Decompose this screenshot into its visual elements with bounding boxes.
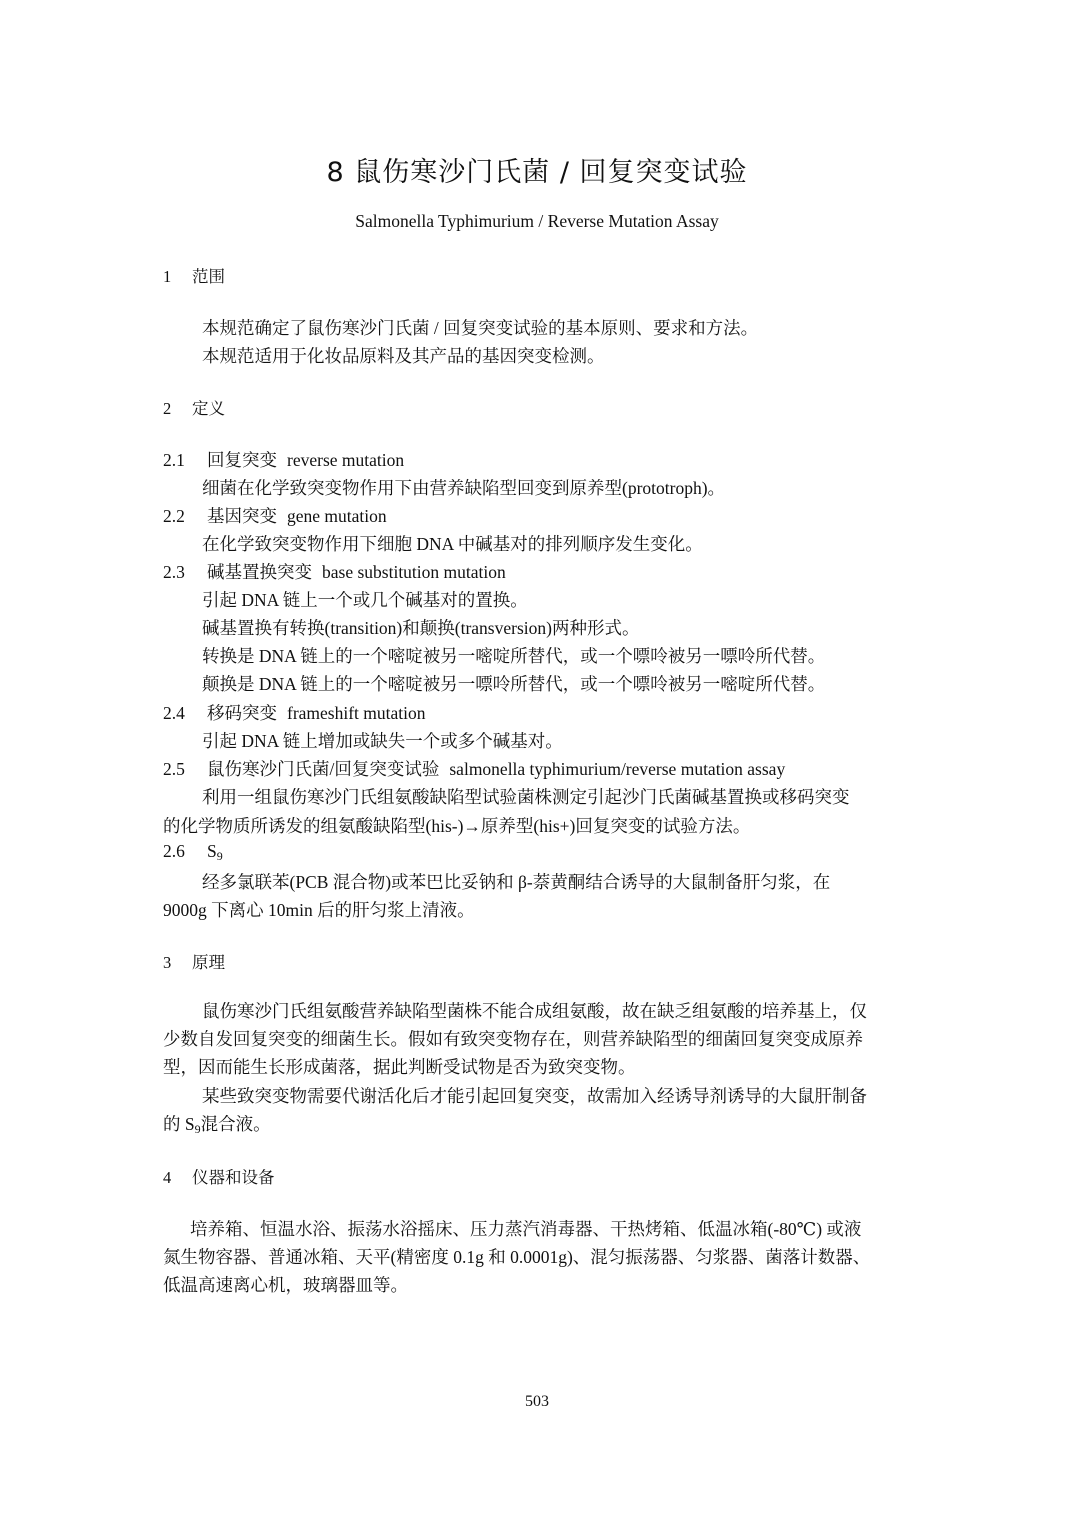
term-subscript: 9 <box>217 849 223 863</box>
paragraph-line: 的 S9混合液。 <box>163 1111 271 1136</box>
definition-number: 2.2 <box>163 506 207 527</box>
term-cn: 碱基置换突变 <box>207 562 312 582</box>
section-heading-principle: 3原理 <box>163 949 225 973</box>
definition-text: 碱基置换有转换(transition)和颠换(transversion)两种形式… <box>202 615 639 640</box>
term-main: S <box>207 841 217 861</box>
definition-text: 颠换是 DNA 链上的一个嘧啶被另一嘌呤所替代，或一个嘌呤被另一嘧啶所代替。 <box>202 671 825 696</box>
paragraph-line: 鼠伤寒沙门氏组氨酸营养缺陷型菌株不能合成组氨酸，故在缺乏组氨酸的培养基上，仅 <box>202 998 867 1023</box>
definition-term: 2.3碱基置换突变base substitution mutation <box>163 559 506 584</box>
term-en: gene mutation <box>287 506 387 526</box>
definition-text: 9000g 下离心 10min 后的肝匀浆上清液。 <box>163 897 475 922</box>
section-title: 原理 <box>192 953 225 972</box>
term-en: frameshift mutation <box>287 703 426 723</box>
definition-number: 2.4 <box>163 703 207 724</box>
section-number: 1 <box>163 267 192 287</box>
definition-number: 2.1 <box>163 450 207 471</box>
section-title: 定义 <box>192 399 225 418</box>
definition-term: 2.2基因突变gene mutation <box>163 503 387 528</box>
definition-term: 2.5鼠伤寒沙门氏菌/回复突变试验salmonella typhimurium/… <box>163 756 785 781</box>
definition-term: 2.1回复突变reverse mutation <box>163 447 404 472</box>
definition-number: 2.3 <box>163 562 207 583</box>
paragraph-line: 低温高速离心机，玻璃器皿等。 <box>163 1272 408 1297</box>
section-number: 2 <box>163 399 192 419</box>
term-en: reverse mutation <box>287 450 404 470</box>
section-heading-definitions: 2定义 <box>163 395 225 419</box>
definition-text: 经多氯联苯(PCB 混合物)或苯巴比妥钠和 β-萘黄酮结合诱导的大鼠制备肝匀浆，… <box>202 869 830 894</box>
definition-text: 的化学物质所诱发的组氨酸缺陷型(his-)→原养型(his+)回复突变的试验方法… <box>163 813 750 838</box>
paragraph: 本规范确定了鼠伤寒沙门氏菌 / 回复突变试验的基本原则、要求和方法。 <box>202 315 758 340</box>
definition-text: 转换是 DNA 链上的一个嘧啶被另一嘧啶所替代，或一个嘌呤被另一嘌呤所代替。 <box>202 643 825 668</box>
section-number: 4 <box>163 1168 192 1188</box>
definition-text: 引起 DNA 链上增加或缺失一个或多个碱基对。 <box>202 728 563 753</box>
paragraph-line: 某些致突变物需要代谢活化后才能引起回复突变，故需加入经诱导剂诱导的大鼠肝制备 <box>202 1083 867 1108</box>
term-en: salmonella typhimurium/reverse mutation … <box>449 759 785 779</box>
definition-text: 细菌在化学致突变物作用下由营养缺陷型回变到原养型(prototroph)。 <box>202 475 725 500</box>
definition-term: 2.6S9 <box>163 841 223 862</box>
term-cn: 基因突变 <box>207 506 277 526</box>
term-cn: 鼠伤寒沙门氏菌/回复突变试验 <box>207 759 439 779</box>
definition-text: 利用一组鼠伤寒沙门氏组氨酸缺陷型试验菌株测定引起沙门氏菌碱基置换或移码突变 <box>202 784 850 809</box>
term-en: base substitution mutation <box>322 562 506 582</box>
page-subtitle: Salmonella Typhimurium / Reverse Mutatio… <box>0 211 1074 232</box>
definition-number: 2.5 <box>163 759 207 780</box>
definition-text: 在化学致突变物作用下细胞 DNA 中碱基对的排列顺序发生变化。 <box>202 531 703 556</box>
text: 混合液。 <box>201 1114 271 1134</box>
term-cn: 移码突变 <box>207 703 277 723</box>
paragraph-line: 氮生物容器、普通冰箱、天平(精密度 0.1g 和 0.0001g)、混匀振荡器、… <box>163 1244 870 1269</box>
definition-text: 引起 DNA 链上一个或几个碱基对的置换。 <box>202 587 528 612</box>
paragraph-line: 少数自发回复突变的细菌生长。假如有致突变物存在，则营养缺陷型的细菌回复突变成原养 <box>163 1026 863 1051</box>
paragraph-line: 型，因而能生长形成菌落，据此判断受试物是否为致突变物。 <box>163 1054 636 1079</box>
page-number: 503 <box>0 1393 1074 1411</box>
section-heading-equipment: 4仪器和设备 <box>163 1164 275 1188</box>
term-cn: 回复突变 <box>207 450 277 470</box>
paragraph: 本规范适用于化妆品原料及其产品的基因突变检测。 <box>202 343 605 368</box>
section-heading-scope: 1范围 <box>163 263 225 287</box>
definition-term: 2.4移码突变frameshift mutation <box>163 700 426 725</box>
section-title: 范围 <box>192 267 225 286</box>
paragraph-line: 培养箱、恒温水浴、振荡水浴摇床、压力蒸汽消毒器、干热烤箱、低温冰箱(-80℃) … <box>190 1216 861 1241</box>
page-title: 8 鼠伤寒沙门氏菌 / 回复突变试验 <box>0 150 1074 189</box>
section-title: 仪器和设备 <box>192 1168 275 1187</box>
text: 的 <box>163 1114 185 1134</box>
section-number: 3 <box>163 953 192 973</box>
definition-number: 2.6 <box>163 841 207 862</box>
text: S <box>185 1114 195 1134</box>
